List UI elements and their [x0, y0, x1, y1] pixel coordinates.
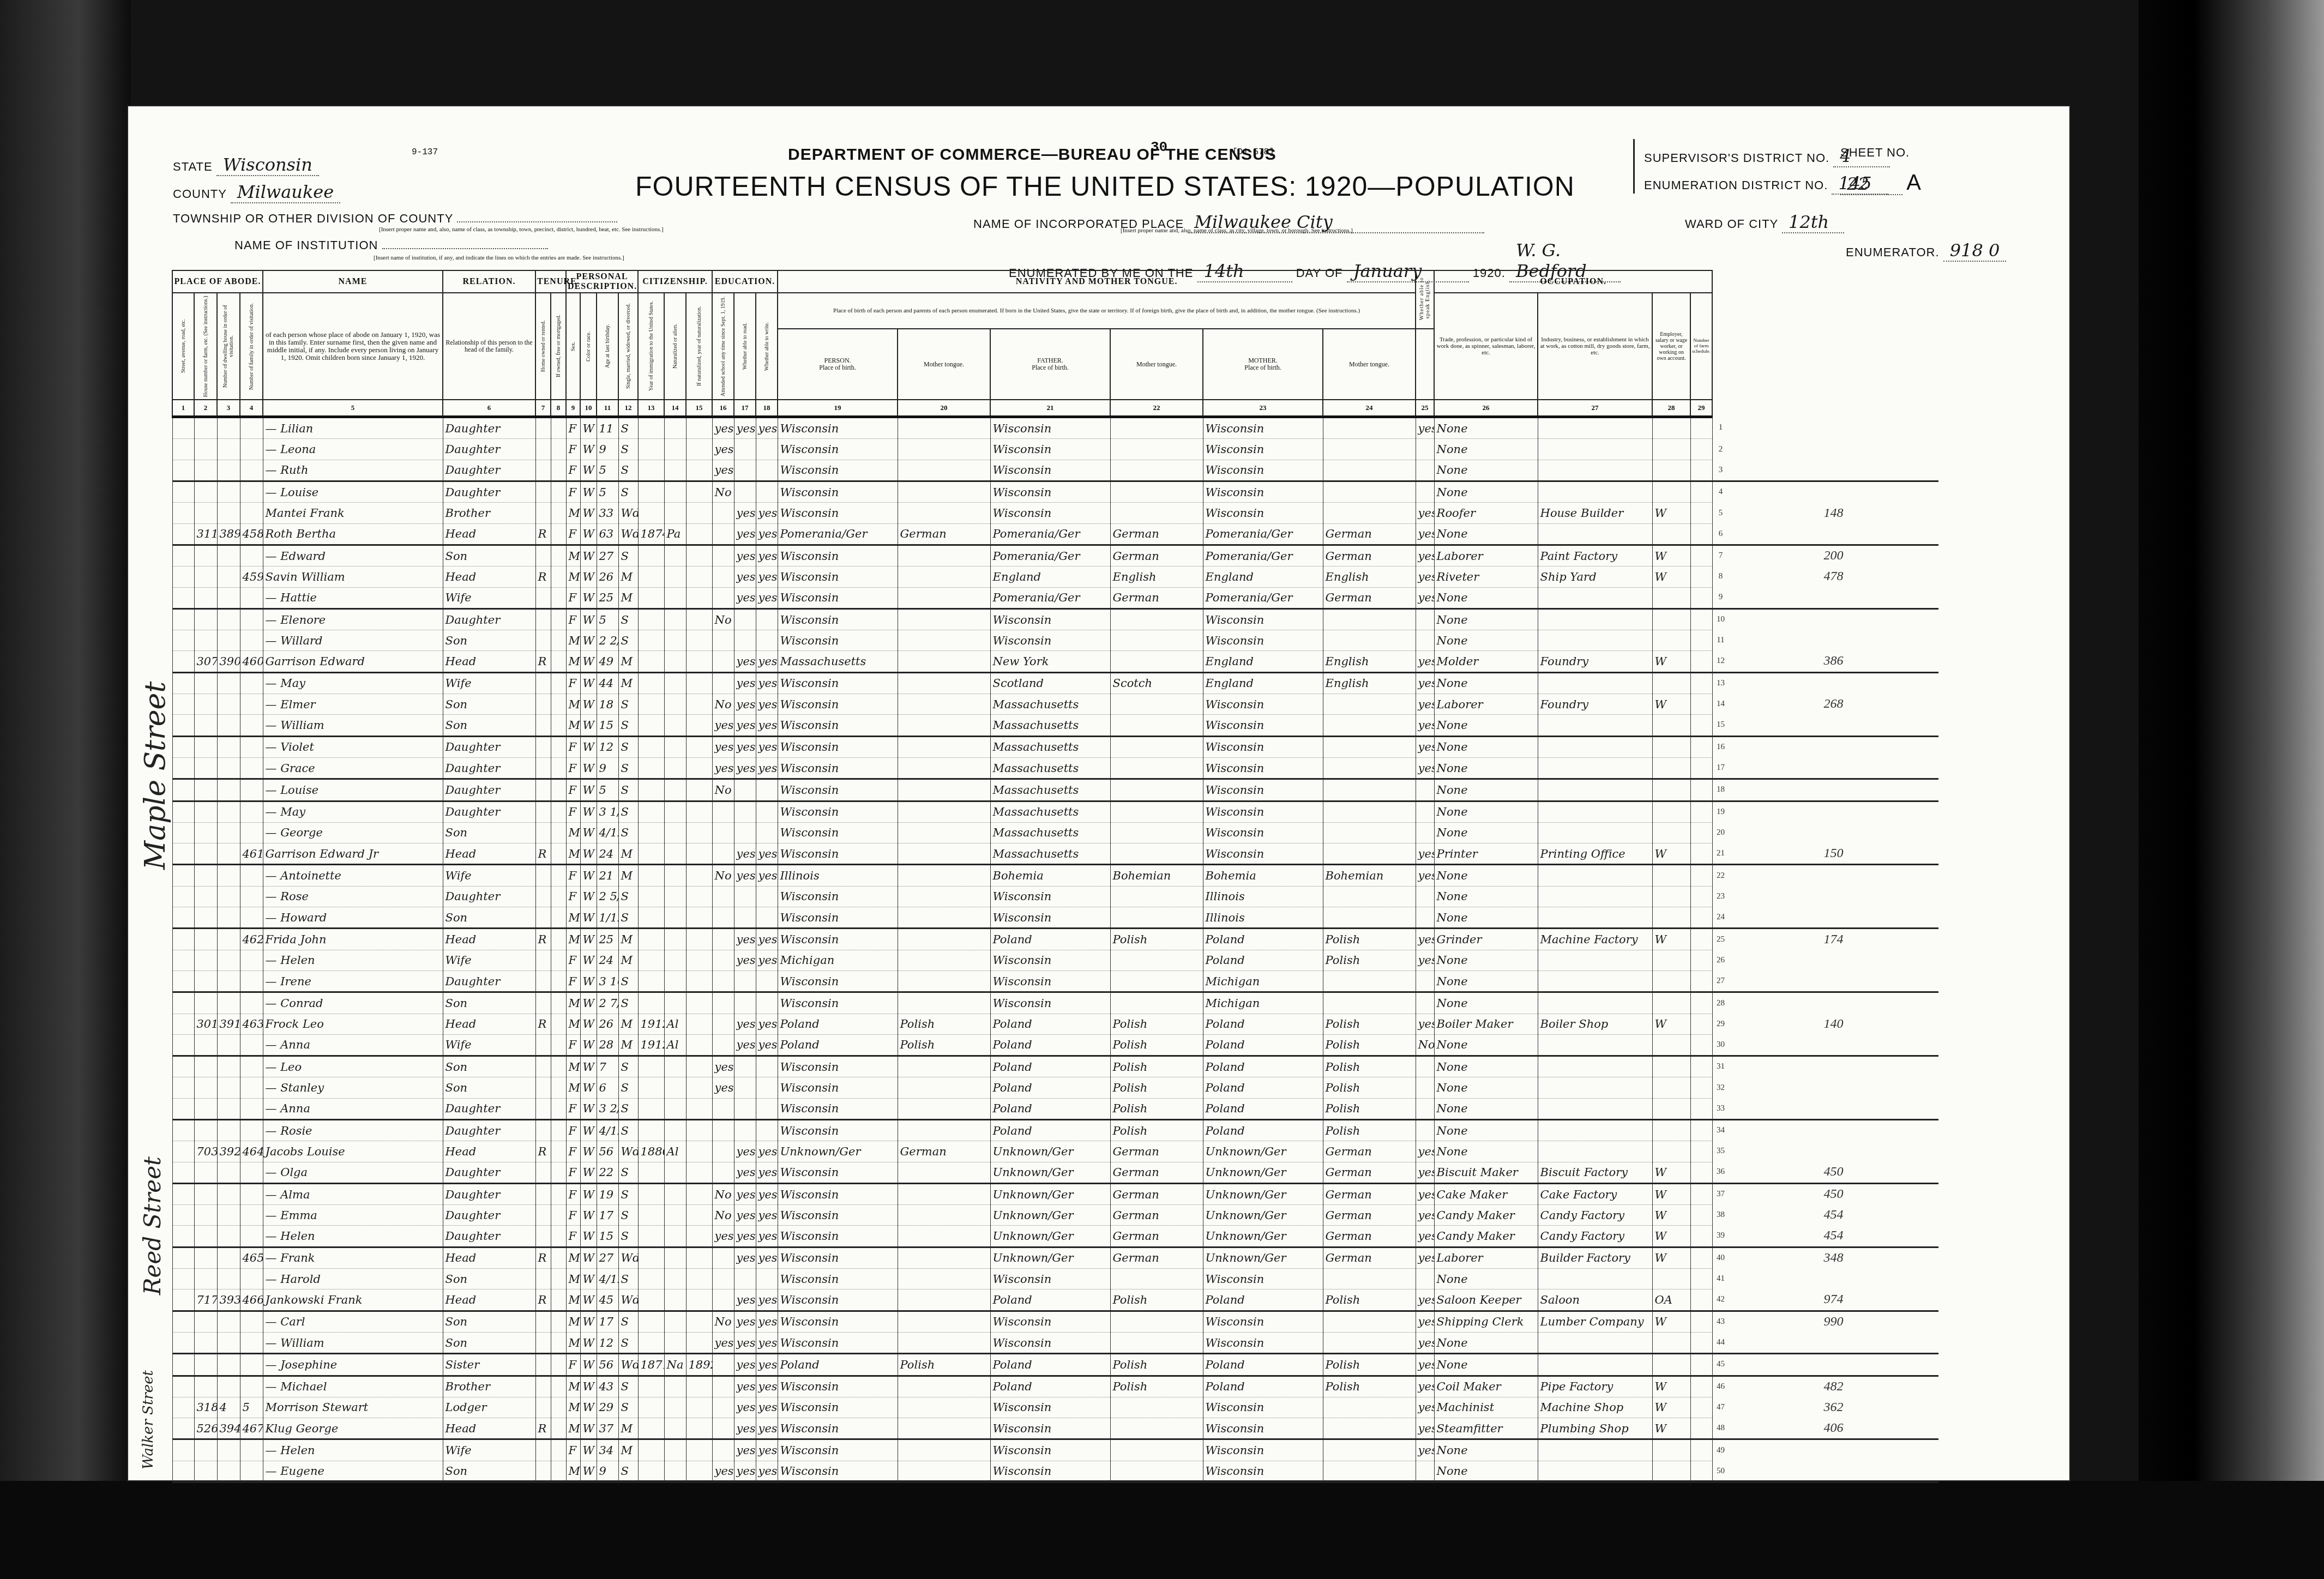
- col-dwelling-number: Number of dwelling house in order of vis…: [217, 293, 240, 400]
- cell-m-birth: Wisconsin: [1203, 801, 1323, 822]
- cell-dwelling: [217, 460, 240, 481]
- cell-english: yes: [1416, 1247, 1434, 1268]
- cell-natyr: [686, 439, 712, 460]
- col-trade: Trade, profession, or particular kind of…: [1434, 293, 1538, 400]
- cell-mortgage: [551, 950, 566, 971]
- cell-nat: [664, 736, 686, 757]
- cell-school: [712, 801, 734, 822]
- cell-sex: F: [566, 1162, 580, 1183]
- cell-farm: [1690, 907, 1712, 929]
- cell-immig: [638, 757, 664, 779]
- cell-read: yes: [734, 523, 756, 545]
- cell-read: yes: [734, 545, 756, 566]
- cell-mortgage: [551, 1141, 566, 1162]
- cell-marital: S: [618, 694, 638, 715]
- cell-family: [240, 779, 263, 801]
- cell-f-birth: Wisconsin: [990, 907, 1110, 929]
- cell-occupation: None: [1434, 886, 1538, 907]
- cell-race: W: [580, 1289, 597, 1311]
- cell-write: yes: [756, 1354, 778, 1376]
- occupation-code: 174: [1729, 929, 1938, 950]
- cell-name: — William: [263, 1332, 443, 1353]
- cell-english: yes: [1416, 545, 1434, 566]
- cell-name: — Helen: [263, 1226, 443, 1247]
- cell-school: [712, 1014, 734, 1034]
- cell-f-birth: Wisconsin: [990, 439, 1110, 460]
- cell-immig: [638, 1226, 664, 1247]
- cell-english: yes: [1416, 1332, 1434, 1353]
- cell-relation: Head: [443, 1289, 535, 1311]
- cell-english: [1416, 1056, 1434, 1077]
- cell-m-tongue: [1323, 736, 1416, 757]
- cell-age: 3 2/12: [597, 1098, 618, 1119]
- cell-tongue: [898, 1056, 990, 1077]
- cell-occupation: Coil Maker: [1434, 1376, 1538, 1397]
- group-nativity: NATIVITY AND MOTHER TONGUE.: [778, 270, 1416, 293]
- cell-write: yes: [756, 1289, 778, 1311]
- cell-farm: [1690, 1354, 1712, 1376]
- cell-school: [712, 1418, 734, 1439]
- occupation-code: 454: [1729, 1226, 1938, 1247]
- cell-school: [712, 1397, 734, 1418]
- cell-house: [194, 1332, 217, 1353]
- cell-mortgage: [551, 1077, 566, 1098]
- cell-birth: Wisconsin: [778, 1461, 898, 1482]
- occupation-code: [1729, 907, 1938, 929]
- cell-f-tongue: Polish: [1110, 1354, 1203, 1376]
- cell-marital: S: [618, 886, 638, 907]
- cell-nat: [664, 439, 686, 460]
- cell-f-tongue: Polish: [1110, 1119, 1203, 1141]
- cell-occupation: Printer: [1434, 843, 1538, 865]
- occupation-code: [1729, 1077, 1938, 1098]
- cell-tenure: [535, 1311, 551, 1332]
- cell-street: [172, 587, 194, 608]
- line-number: 33: [1712, 1098, 1729, 1119]
- cell-sex: F: [566, 1439, 580, 1461]
- cell-name: — Josephine: [263, 1354, 443, 1376]
- census-row: — HattieWifeFW25MyesyesWisconsinPomerani…: [172, 587, 1938, 608]
- cell-marital: S: [618, 460, 638, 481]
- cell-relation: Head: [443, 1014, 535, 1034]
- cell-tenure: [535, 992, 551, 1014]
- cell-m-birth: Unknown/Ger: [1203, 1141, 1323, 1162]
- cell-farm: [1690, 1332, 1712, 1353]
- cell-english: yes: [1416, 694, 1434, 715]
- cell-occupation: None: [1434, 1439, 1538, 1461]
- cell-occupation: Machinist: [1434, 1397, 1538, 1418]
- cell-class: W: [1652, 1226, 1690, 1247]
- cell-english: [1416, 886, 1434, 907]
- cell-birth: Wisconsin: [778, 801, 898, 822]
- line-number: 3: [1712, 460, 1729, 481]
- cell-tongue: [898, 651, 990, 672]
- cell-tongue: [898, 715, 990, 736]
- cell-street: [172, 523, 194, 545]
- cell-tenure: [535, 865, 551, 886]
- cell-natyr: [686, 1205, 712, 1226]
- col-house-number: House number or farm, etc. (See instruct…: [194, 293, 217, 400]
- census-row: — LeonaDaughterFW9SyesWisconsinWisconsin…: [172, 439, 1938, 460]
- cell-immig: [638, 503, 664, 523]
- cell-birth: Illinois: [778, 865, 898, 886]
- cell-marital: M: [618, 1034, 638, 1056]
- cell-sex: M: [566, 1289, 580, 1311]
- cell-birth: Wisconsin: [778, 587, 898, 608]
- cell-m-birth: Wisconsin: [1203, 630, 1323, 651]
- cell-natyr: [686, 460, 712, 481]
- cell-occupation: None: [1434, 672, 1538, 694]
- cell-m-birth: Poland: [1203, 929, 1323, 950]
- cell-nat: [664, 1247, 686, 1268]
- cell-family: 462: [240, 929, 263, 950]
- cell-school: [712, 1034, 734, 1056]
- incorporated-place-note: [Insert proper name and, also, name of c…: [1121, 227, 1353, 234]
- cell-f-tongue: German: [1110, 545, 1203, 566]
- occupation-code: [1729, 1119, 1938, 1141]
- cell-industry: Candy Factory: [1538, 1226, 1652, 1247]
- cell-dwelling: [217, 757, 240, 779]
- cell-nat: [664, 503, 686, 523]
- cell-read: [734, 822, 756, 843]
- cell-immig: [638, 545, 664, 566]
- cell-tenure: [535, 1269, 551, 1289]
- cell-tenure: [535, 439, 551, 460]
- cell-read: yes: [734, 1034, 756, 1056]
- cell-immig: [638, 439, 664, 460]
- cell-m-tongue: [1323, 1311, 1416, 1332]
- cell-f-tongue: [1110, 992, 1203, 1014]
- cell-tenure: [535, 1226, 551, 1247]
- line-number: 22: [1712, 865, 1729, 886]
- cell-immig: [638, 822, 664, 843]
- cell-f-tongue: Bohemian: [1110, 865, 1203, 886]
- cell-immig: [638, 1183, 664, 1204]
- cell-name: — Conrad: [263, 992, 443, 1014]
- col-nativity-desc: Place of birth of each person and parent…: [778, 293, 1416, 329]
- cell-f-birth: Poland: [990, 1077, 1110, 1098]
- cell-family: [240, 757, 263, 779]
- col-person-tongue: Mother tongue.: [898, 329, 990, 400]
- cell-dwelling: [217, 736, 240, 757]
- cell-f-tongue: English: [1110, 566, 1203, 587]
- institution-field: Name of Institution: [234, 238, 548, 252]
- cell-write: yes: [756, 1226, 778, 1247]
- cell-immig: [638, 481, 664, 503]
- cell-race: W: [580, 1311, 597, 1332]
- cell-write: yes: [756, 1418, 778, 1439]
- cell-marital: S: [618, 1269, 638, 1289]
- cell-tongue: [898, 886, 990, 907]
- occupation-code: [1729, 801, 1938, 822]
- cell-read: [734, 481, 756, 503]
- township-field: Township or other division of county: [173, 212, 617, 226]
- cell-family: [240, 1311, 263, 1332]
- cell-name: Frida John: [263, 929, 443, 950]
- cell-f-tongue: [1110, 1397, 1203, 1418]
- cell-m-tongue: German: [1323, 1205, 1416, 1226]
- occupation-code: [1729, 1354, 1938, 1376]
- cell-industry: Candy Factory: [1538, 1205, 1652, 1226]
- cell-m-tongue: English: [1323, 651, 1416, 672]
- cell-m-birth: Wisconsin: [1203, 608, 1323, 630]
- cell-m-tongue: Polish: [1323, 1077, 1416, 1098]
- cell-name: Klug George: [263, 1418, 443, 1439]
- cell-dwelling: [217, 566, 240, 587]
- cell-house: [194, 481, 217, 503]
- cell-dwelling: 4: [217, 1397, 240, 1418]
- column-number: 15: [686, 400, 712, 417]
- census-row: 307390460Garrison EdwardHeadRMW49Myesyes…: [172, 651, 1938, 672]
- census-row: — JosephineSisterFW56Wd1871Na1892yesyesP…: [172, 1354, 1938, 1376]
- cell-relation: Wife: [443, 587, 535, 608]
- state-value: Wisconsin: [216, 154, 319, 176]
- cell-class: [1652, 523, 1690, 545]
- col-naturalization-year: If naturalized, year of naturalization.: [686, 293, 712, 400]
- cell-name: Savin William: [263, 566, 443, 587]
- cell-age: 4/12: [597, 1269, 618, 1289]
- cell-tongue: [898, 1397, 990, 1418]
- cell-m-tongue: [1323, 971, 1416, 992]
- cell-farm: [1690, 1397, 1712, 1418]
- cell-name: — Willard: [263, 630, 443, 651]
- cell-age: 5: [597, 779, 618, 801]
- cell-tongue: [898, 1247, 990, 1268]
- cell-house: [194, 545, 217, 566]
- cell-nat: [664, 1226, 686, 1247]
- cell-school: [712, 630, 734, 651]
- cell-f-tongue: [1110, 843, 1203, 865]
- census-row: — GraceDaughterFW9SyesyesyesWisconsinMas…: [172, 757, 1938, 779]
- cell-name: — Leo: [263, 1056, 443, 1077]
- cell-sex: F: [566, 439, 580, 460]
- line-number: 5: [1712, 503, 1729, 523]
- cell-f-birth: Wisconsin: [990, 1311, 1110, 1332]
- cell-farm: [1690, 1183, 1712, 1204]
- cell-english: [1416, 822, 1434, 843]
- occupation-code: [1729, 1461, 1938, 1482]
- cell-write: yes: [756, 417, 778, 439]
- cell-english: yes: [1416, 1289, 1434, 1311]
- cell-street: [172, 971, 194, 992]
- cell-dwelling: 391: [217, 1014, 240, 1034]
- cell-house: [194, 1311, 217, 1332]
- census-row: — AnnaWifeFW28M1912AlyesyesPolandPolishP…: [172, 1034, 1938, 1056]
- line-number: 16: [1712, 736, 1729, 757]
- cell-m-birth: Wisconsin: [1203, 1397, 1323, 1418]
- cell-street: [172, 1289, 194, 1311]
- cell-tenure: [535, 757, 551, 779]
- cell-write: yes: [756, 715, 778, 736]
- column-number: 8: [551, 400, 566, 417]
- cell-name: — Howard: [263, 907, 443, 929]
- cell-m-birth: Wisconsin: [1203, 481, 1323, 503]
- cell-tenure: [535, 1461, 551, 1482]
- cell-birth: Wisconsin: [778, 1269, 898, 1289]
- cell-house: [194, 1376, 217, 1397]
- cell-f-tongue: [1110, 630, 1203, 651]
- cell-class: [1652, 971, 1690, 992]
- cell-house: [194, 587, 217, 608]
- cell-f-birth: Wisconsin: [990, 481, 1110, 503]
- occupation-code: [1729, 523, 1938, 545]
- cell-race: W: [580, 715, 597, 736]
- cell-immig: [638, 1205, 664, 1226]
- cell-f-birth: Wisconsin: [990, 886, 1110, 907]
- cell-f-birth: Massachusetts: [990, 715, 1110, 736]
- cell-occupation: None: [1434, 481, 1538, 503]
- occupation-code: [1729, 608, 1938, 630]
- cell-house: [194, 822, 217, 843]
- cell-tenure: R: [535, 1247, 551, 1268]
- col-family-number: Number of family in order of visitation.: [240, 293, 263, 400]
- cell-immig: [638, 801, 664, 822]
- cell-age: 34: [597, 1439, 618, 1461]
- cell-f-birth: England: [990, 566, 1110, 587]
- cell-race: W: [580, 460, 597, 481]
- census-row: — IreneDaughterFW3 10/12SWisconsinWiscon…: [172, 971, 1938, 992]
- cell-natyr: [686, 1376, 712, 1397]
- cell-class: [1652, 1034, 1690, 1056]
- cell-mortgage: [551, 1354, 566, 1376]
- cell-race: W: [580, 950, 597, 971]
- cell-immig: [638, 1289, 664, 1311]
- col-read: Whether able to read.: [734, 293, 756, 400]
- cell-mortgage: [551, 1289, 566, 1311]
- cell-tongue: Polish: [898, 1014, 990, 1034]
- cell-f-birth: Wisconsin: [990, 1418, 1110, 1439]
- cell-write: yes: [756, 503, 778, 523]
- cell-school: [712, 929, 734, 950]
- cell-tongue: [898, 801, 990, 822]
- cell-tenure: [535, 715, 551, 736]
- col-person-birth: PERSON.Place of birth.: [778, 329, 898, 400]
- cell-english: yes: [1416, 1226, 1434, 1247]
- cell-natyr: [686, 1141, 712, 1162]
- cell-class: [1652, 1141, 1690, 1162]
- cell-natyr: [686, 736, 712, 757]
- cell-immig: 1912: [638, 1034, 664, 1056]
- cell-family: [240, 481, 263, 503]
- col-immigration-year: Year of immigration to the United States…: [638, 293, 664, 400]
- cell-relation: Wife: [443, 1439, 535, 1461]
- cell-race: W: [580, 929, 597, 950]
- cell-street: [172, 503, 194, 523]
- cell-age: 12: [597, 1332, 618, 1353]
- cell-street: [172, 694, 194, 715]
- cell-industry: [1538, 907, 1652, 929]
- cell-race: W: [580, 1183, 597, 1204]
- cell-occupation: None: [1434, 865, 1538, 886]
- cell-immig: [638, 1418, 664, 1439]
- cell-immig: [638, 992, 664, 1014]
- cell-write: yes: [756, 1397, 778, 1418]
- cell-m-birth: Wisconsin: [1203, 1269, 1323, 1289]
- cell-mortgage: [551, 608, 566, 630]
- cell-f-tongue: [1110, 822, 1203, 843]
- cell-tongue: [898, 545, 990, 566]
- cell-tongue: [898, 736, 990, 757]
- cell-house: 526: [194, 1418, 217, 1439]
- cell-class: [1652, 865, 1690, 886]
- cell-race: W: [580, 694, 597, 715]
- cell-farm: [1690, 736, 1712, 757]
- cell-marital: S: [618, 481, 638, 503]
- cell-school: yes: [712, 460, 734, 481]
- cell-name: — Edward: [263, 545, 443, 566]
- cell-write: yes: [756, 566, 778, 587]
- cell-industry: [1538, 1141, 1652, 1162]
- cell-sex: F: [566, 1183, 580, 1204]
- cell-mortgage: [551, 1418, 566, 1439]
- line-number: 24: [1712, 907, 1729, 929]
- cell-dwelling: [217, 929, 240, 950]
- cell-class: [1652, 992, 1690, 1014]
- cell-english: [1416, 460, 1434, 481]
- cell-occupation: None: [1434, 1461, 1538, 1482]
- cell-tongue: [898, 694, 990, 715]
- cell-age: 4/12: [597, 822, 618, 843]
- cell-relation: Son: [443, 630, 535, 651]
- cell-tongue: [898, 779, 990, 801]
- cell-f-birth: Poland: [990, 1354, 1110, 1376]
- cell-natyr: [686, 1418, 712, 1439]
- cell-sex: M: [566, 929, 580, 950]
- cell-marital: S: [618, 736, 638, 757]
- cell-write: yes: [756, 1014, 778, 1034]
- cell-family: [240, 1269, 263, 1289]
- cell-occupation: None: [1434, 971, 1538, 992]
- column-number: 1: [172, 400, 194, 417]
- cell-occupation: Riveter: [1434, 566, 1538, 587]
- sheet-number-field: 22 A: [1840, 171, 1922, 195]
- cell-write: yes: [756, 1247, 778, 1268]
- cell-tenure: [535, 503, 551, 523]
- cell-m-tongue: [1323, 1269, 1416, 1289]
- cell-m-tongue: Polish: [1323, 1289, 1416, 1311]
- cell-birth: Unknown/Ger: [778, 1141, 898, 1162]
- cell-name: — Louise: [263, 481, 443, 503]
- cell-race: W: [580, 1014, 597, 1034]
- cell-mortgage: [551, 460, 566, 481]
- cell-m-birth: Wisconsin: [1203, 417, 1323, 439]
- line-number: 46: [1712, 1376, 1729, 1397]
- cell-house: [194, 1439, 217, 1461]
- cell-occupation: None: [1434, 992, 1538, 1014]
- cell-dwelling: [217, 1226, 240, 1247]
- cell-industry: Biscuit Factory: [1538, 1162, 1652, 1183]
- cell-race: W: [580, 779, 597, 801]
- cell-name: — Lilian: [263, 417, 443, 439]
- cell-read: [734, 1119, 756, 1141]
- cell-m-tongue: Polish: [1323, 1376, 1416, 1397]
- cell-write: yes: [756, 1205, 778, 1226]
- cell-m-tongue: [1323, 1397, 1416, 1418]
- cell-class: [1652, 630, 1690, 651]
- cell-relation: Brother: [443, 503, 535, 523]
- cell-dwelling: [217, 608, 240, 630]
- census-row: — VioletDaughterFW12SyesyesyesWisconsinM…: [172, 736, 1938, 757]
- cell-natyr: [686, 1034, 712, 1056]
- cell-street: [172, 736, 194, 757]
- cell-tenure: [535, 1034, 551, 1056]
- cell-family: [240, 1461, 263, 1482]
- cell-natyr: [686, 1269, 712, 1289]
- sheet-number-value: 22: [1840, 173, 1902, 195]
- cell-farm: [1690, 1376, 1712, 1397]
- group-personal-description: PERSONAL DESCRIPTION.: [566, 270, 638, 293]
- cell-name: — May: [263, 801, 443, 822]
